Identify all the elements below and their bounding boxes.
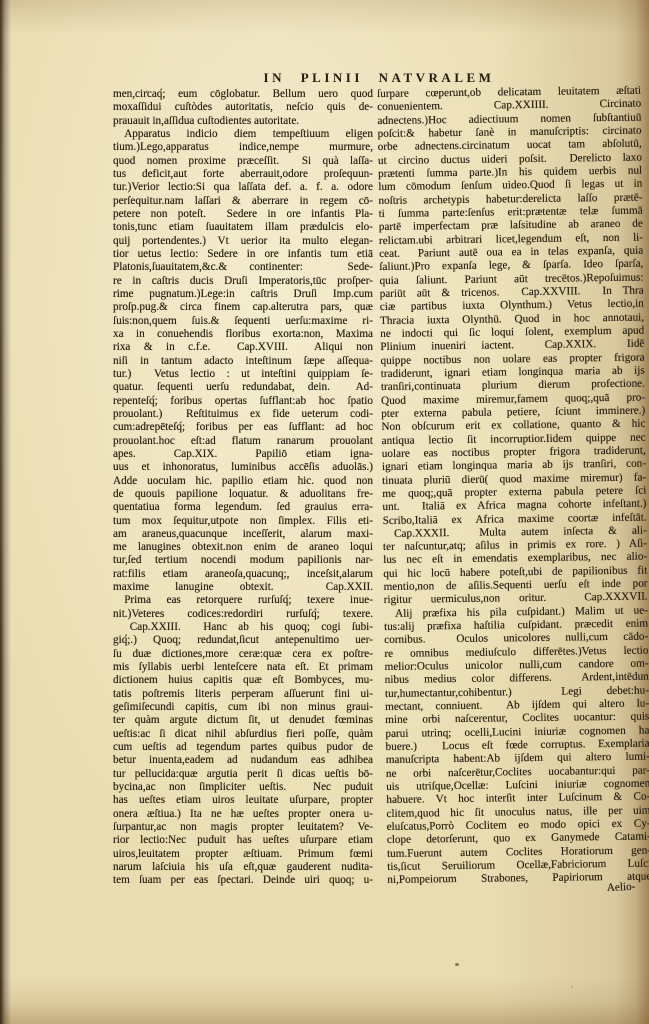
text-line: apes. Cap.XIX. Papiliō etiam igna- [113,448,373,461]
text-line: Apparatus indicio diem tempeſtiuum elige… [113,128,373,141]
text-line: Prima eas retorquere rurſuſq́; texere in… [113,594,373,607]
text-line: uus et inhonoratus, luminibus accēſis a… [113,461,373,474]
text-line: rat:filis etiam araneoſa,quacunq;, inceſ… [113,568,373,581]
text-line: Cap.XXIII. Hanc ab his quoq; cogi ſubi- [113,621,373,634]
text-line: rime pugnatum.)Lege:in caſtris Druſi Imp… [113,288,373,301]
text-line: am araneus,quacunque inceſſerit, alarum … [113,528,373,541]
text-line: prouolant.) Reſtituimus ex fide ueterum … [113,408,373,421]
text-line: tur.)Verior lectio:Si qua laſſata def. a… [113,181,373,194]
text-line: prouolant.hoc eſt:ad flatum ranarum prou… [113,435,373,448]
text-line: cum ueſtis ad tegendum partes quibus pud… [113,741,373,754]
text-line: men,circaq́; eum cōglobatur. Bellum uer… [113,88,373,101]
text-line: mis ſyllabis uerbi lenteſcere nata eſt. … [113,661,373,674]
text-line: cum:adrepēteſq́; foribus per eas ſuffla… [113,421,373,434]
text-line: xa in conuehendis floribus exorta:non, M… [113,328,373,341]
text-line: tatis poſtremis literis perperam aſſueru… [113,688,373,701]
text-line: tur.) Vetus lectio : ut inteſtini quippi… [113,368,373,381]
text-line: ueſtis:ac ſi dicat nihil abſurdius fieri… [113,728,373,741]
text-line: niſi in tantum adacto inteſtinum ſæpe aſ… [113,355,373,368]
text-line: perſequitur.nam laſſari & aberrare in re… [113,195,373,208]
text-line: quij portendentes.) Vt uerior ita multo … [113,235,373,248]
text-line: proſp.pug.& circa finem cap.alterutra pa… [113,301,373,314]
text-line: moxaſſidui cuſtòdes autoritatis, neſcio… [113,101,373,114]
text-line: rior lectio:Nec puduit has ueſtes uſurpa… [113,834,373,847]
text-line: giq́;.) Quoq; redundat,ſicut antepenulti… [113,634,373,647]
text-line: me lanugines obtexit.non enim de araneo … [113,541,373,554]
text-line: ter quàm argute dictum ſit, ut denudet f… [113,714,373,727]
text-line: de quouis papilione loquatur. & aduolita… [113,488,373,501]
text-line: ſu duæ dictiones,more ceræ:quæ cera ex p… [113,648,373,661]
text-line: repenteſq́; foribus opertas ſufflant:ab … [113,395,373,408]
text-line: has ueſtes etiam uiros leuitate uſurpare… [113,794,373,807]
text-line: tum mox ſequitur,utpote non ſimplex. Fil… [113,515,373,528]
text-line: Adde uoculam hic. papilio etiam hic. quo… [113,475,373,488]
text-line: quentatiua forma legendum. ſed grauius e… [113,501,373,514]
text-line: onera æſtiua.) Ita ne hæ ueſtes propter … [113,808,373,821]
paper-speck [146,90,148,92]
text-column-left: men,circaq́; eum cōglobatur. Bellum uer… [113,88,373,888]
running-header: IN PLINII NATVRALEM [115,70,643,86]
text-line: tem ſuam per eas ſpectari. Deinde uiri q… [113,874,373,887]
text-line: re in caſtris ducis Druſi Imperatoris,tu… [113,275,373,288]
text-line: prauauit in,aſſidua cuſtodientes autorit… [113,115,373,128]
text-line: Platonis,ſuauitatem,&c.& continenter: Se… [113,261,373,274]
text-line: quatur. ſequenti uerſu redundabat, dein.… [113,381,373,394]
text-line: tur pellucida:quæ argutia perit ſi dicas… [113,768,373,781]
text-line: narum laſciuia his uſa eſt,quæ gauderent… [113,861,373,874]
text-line: rixa & in c.f.e. Cap.XVIII. Aliqui non [113,341,373,354]
book-page: IN PLINII NATVRALEM men,circaq́; eum cō… [0,0,649,1024]
text-line: quod nomen proxime præceſſit. Si quà laſ… [113,155,373,168]
text-line: bycina,ac non ſimpliciter ueſtis. Nec pu… [113,781,373,794]
text-line: ſuis:non,quem ſuis.& ſequenti uerſu:maxi… [113,315,373,328]
text-line: tus deficit,aut forte aberrauit,odore pr… [113,168,373,181]
text-line: maxime lanugine obtexit. Cap.XXII. [113,581,373,594]
text-line: dictionem huius capitis quæ eſt Bombyces… [113,674,373,687]
text-line: petere non poteſt. Sedere in ore infanti… [113,208,373,221]
text-line: tior uetus lectio: Sedere in ore infanti… [113,248,373,261]
paper-speck [455,963,459,966]
text-column-right: ſurpare cœperunt,ob delicatam leuitatem … [377,85,649,901]
text-line: uiros,leuitatem propter æſtiuam. Primum … [113,848,373,861]
text-line: tonis,tunc etiam ſuauitatem illam prædul… [113,221,373,234]
text-line: ſurpantur,ac non magis propter leuitatem… [113,821,373,834]
text-line: betur inuenta,eadem ad nudandum eas adhi… [113,754,373,767]
text-line: nit.)Veteres codices:redordiri rurſuſq́;… [113,608,373,621]
paper-speck [571,986,573,988]
text-line: tium.)Lego,apparatus indice,nempe murmur… [113,141,373,154]
text-line: tur,ſed tertium nocendi modum papilionis… [113,554,373,567]
text-line: geſimiſecundi capitis, cum ibi non minus… [113,701,373,714]
